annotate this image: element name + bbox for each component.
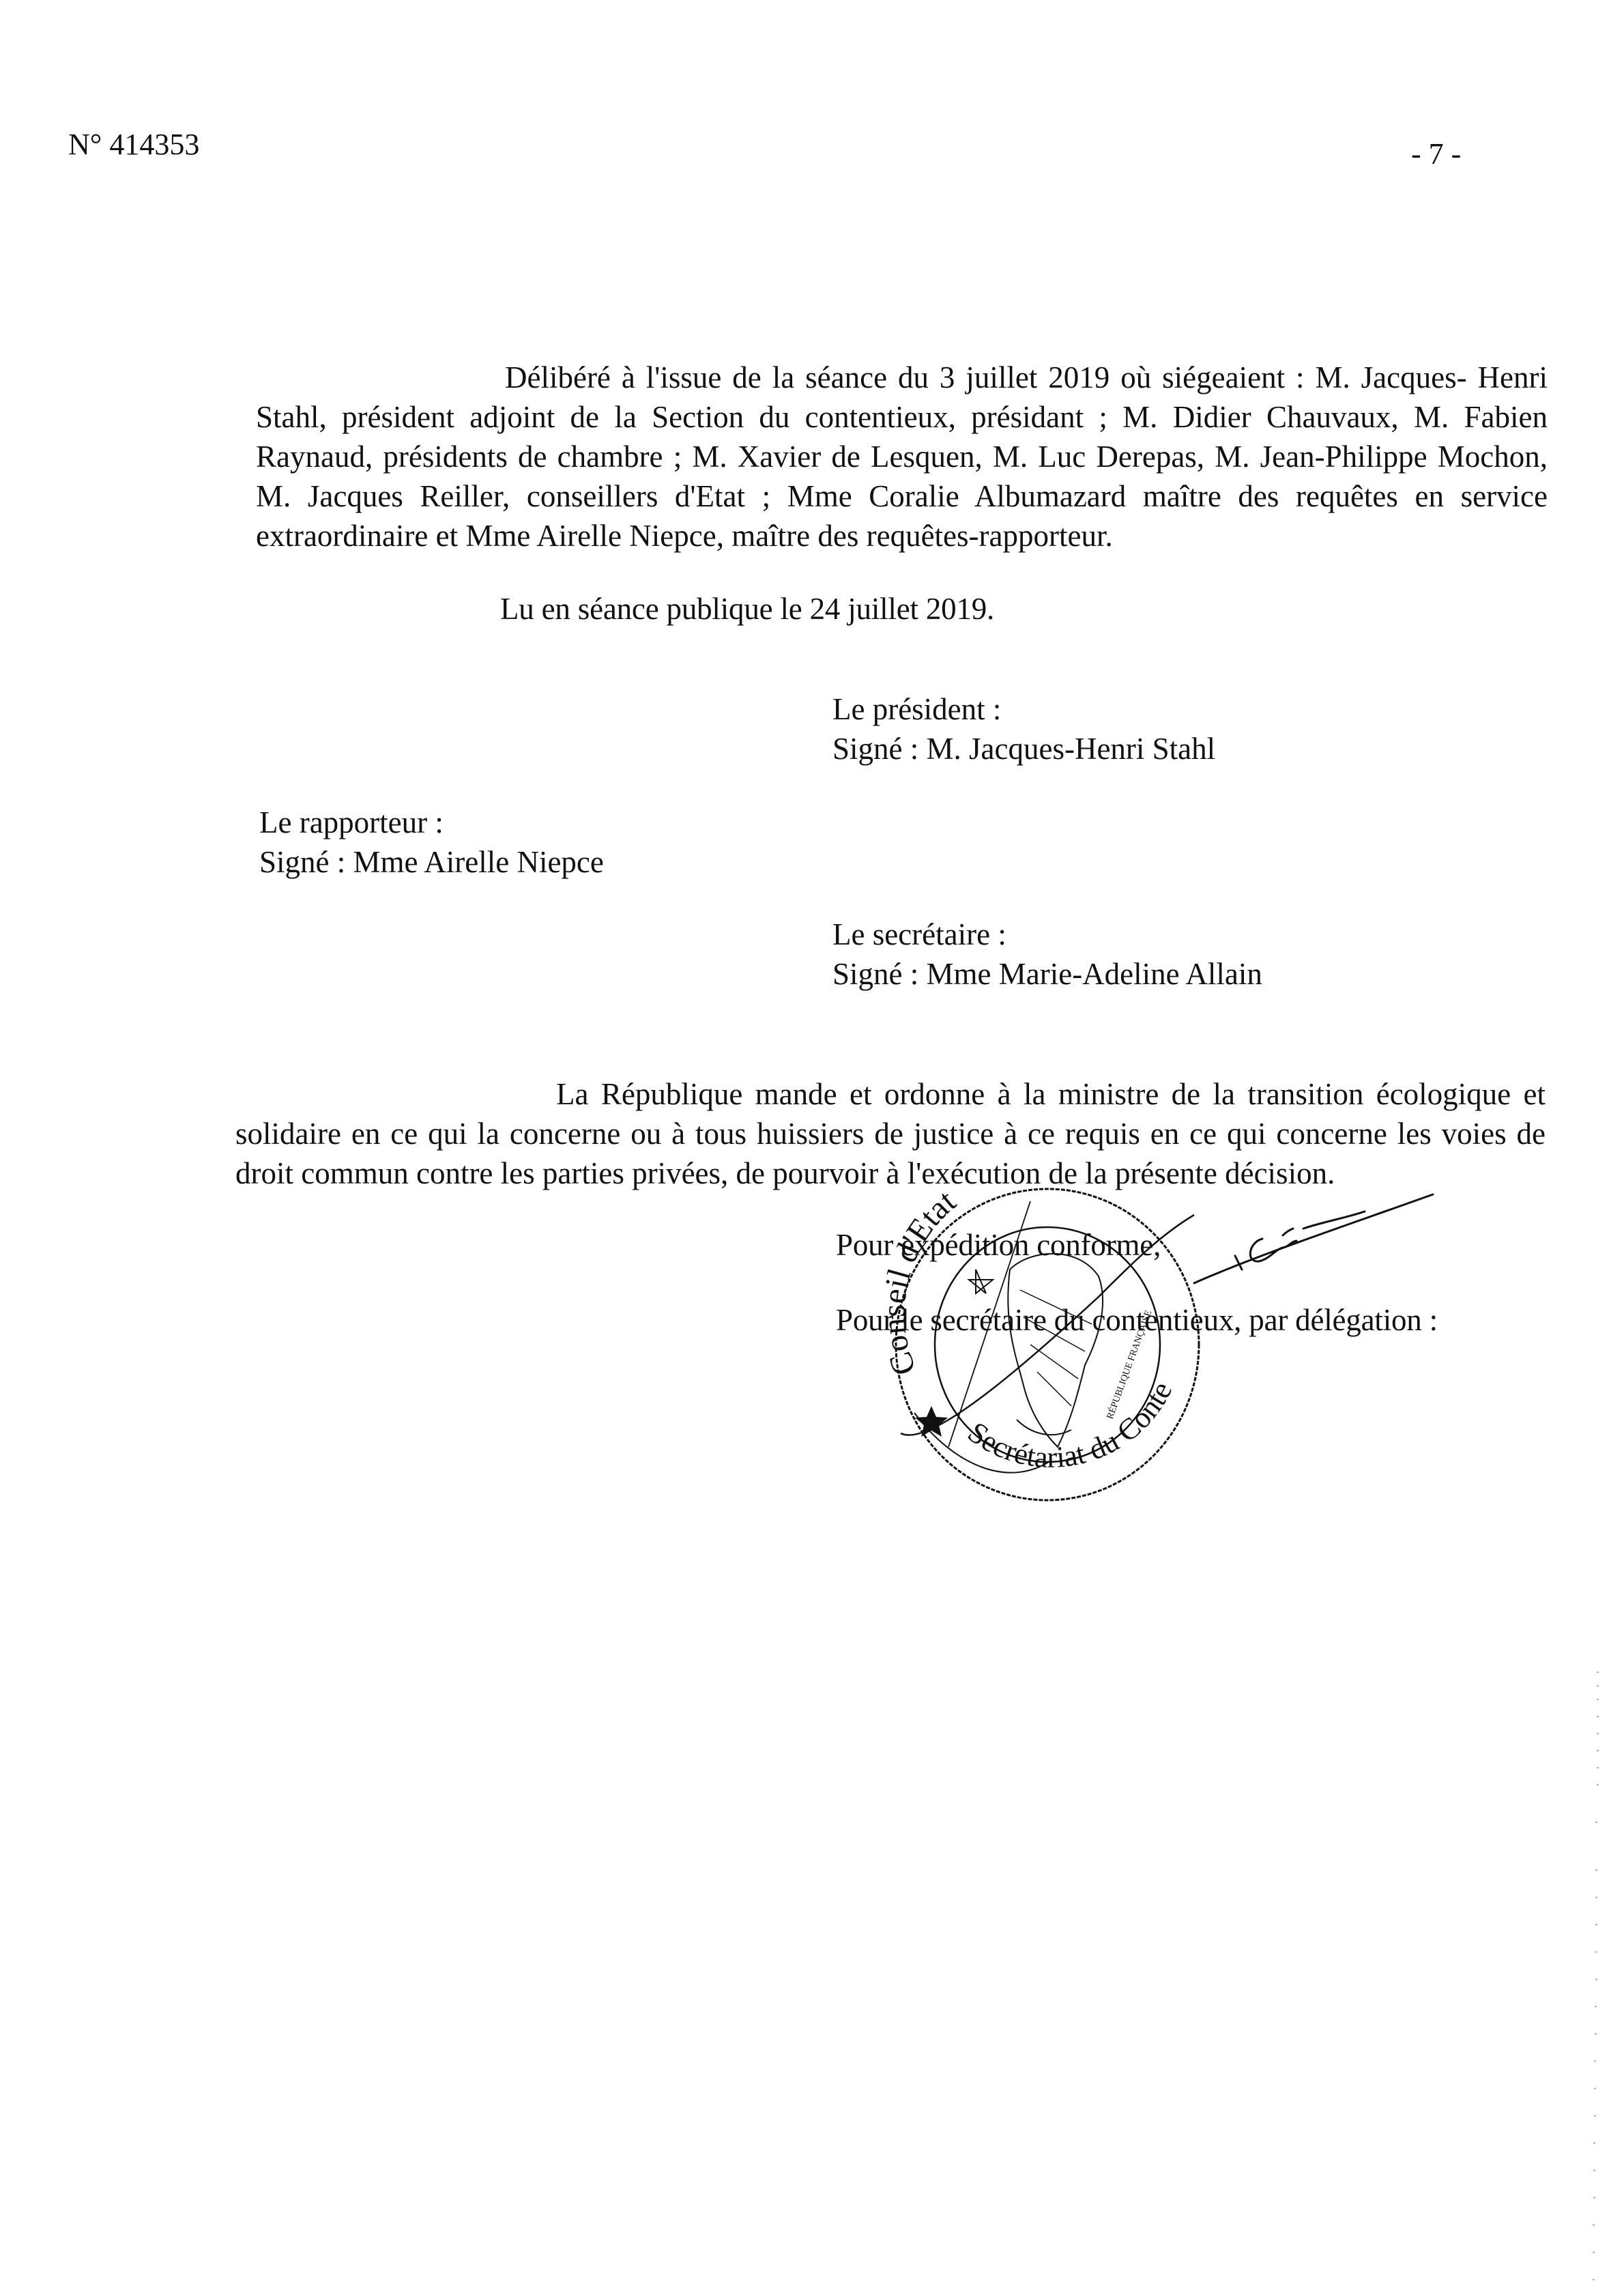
- deliberation-first-line: Délibéré à l'issue de la séance du 3 jui…: [505, 360, 1467, 394]
- rapporteur-signed: Signé : Mme Airelle Niepce: [259, 842, 604, 882]
- certification-delegation: Pour le secrétaire du contentieux, par d…: [836, 1301, 1438, 1340]
- svg-text:Conseil d'Etat: Conseil d'Etat: [875, 1183, 963, 1380]
- page-number: - 7 -: [1411, 137, 1461, 171]
- rapporteur-signature-block: Le rapporteur : Signé : Mme Airelle Niep…: [259, 803, 604, 882]
- case-number: N° 414353: [68, 127, 199, 162]
- secretaire-signature-block: Le secrétaire : Signé : Mme Marie-Adelin…: [832, 915, 1262, 994]
- president-title: Le président :: [832, 689, 1215, 729]
- certification-expedition: Pour expédition conforme,: [836, 1226, 1161, 1265]
- president-signature-block: Le président : Signé : M. Jacques-Henri …: [832, 689, 1215, 769]
- secretaire-title: Le secrétaire :: [832, 915, 1262, 954]
- executory-body: solidaire en ce qui la concerne ou à tou…: [235, 1117, 1546, 1190]
- public-reading-line: Lu en séance publique le 24 juillet 2019…: [500, 590, 994, 629]
- handwritten-signature-icon: [1187, 1181, 1447, 1317]
- executory-formula-paragraph: La République mande et ordonne à la mini…: [235, 1074, 1546, 1193]
- scan-artifact-marks: [1590, 1652, 1604, 2293]
- deliberation-paragraph: Délibéré à l'issue de la séance du 3 jui…: [256, 358, 1548, 556]
- executory-first-line: La République mande et ordonne à la mini…: [556, 1077, 1546, 1111]
- rapporteur-title: Le rapporteur :: [259, 803, 604, 842]
- secretaire-signed: Signé : Mme Marie-Adeline Allain: [832, 954, 1262, 994]
- president-signed: Signé : M. Jacques-Henri Stahl: [832, 729, 1215, 769]
